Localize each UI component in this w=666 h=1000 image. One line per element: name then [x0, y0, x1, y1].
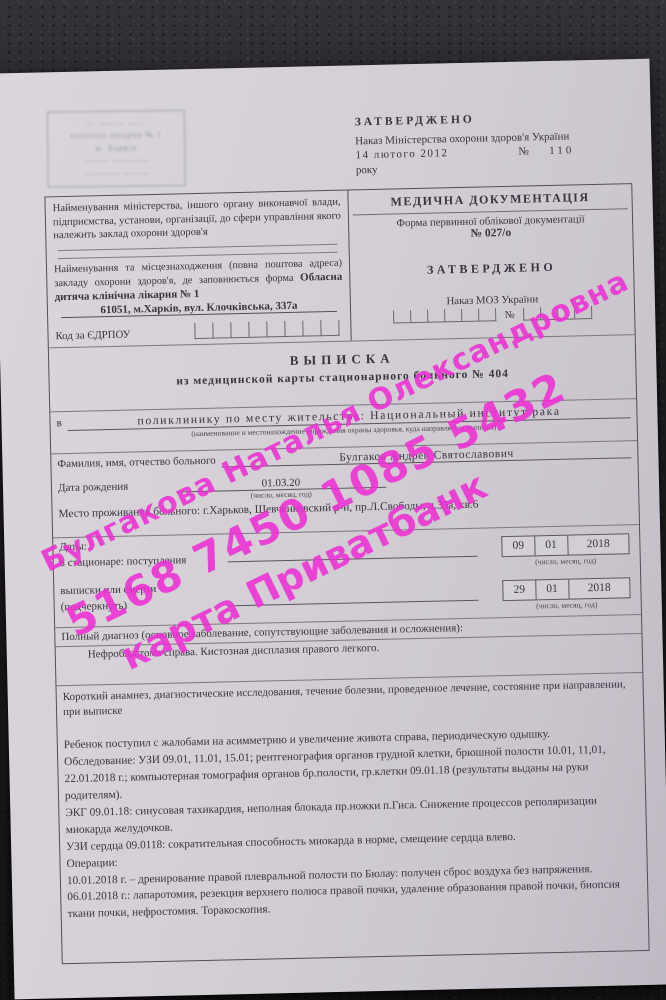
hospital-stamp: — ——— —— клінічна лікарня № 1 м. Харків …: [47, 110, 186, 188]
edrpou-row: Код за ЄДРПОУ: [55, 319, 343, 342]
admission-month: 01: [534, 536, 567, 556]
form-table: Найменування міністерства, іншого органу…: [44, 183, 649, 964]
patient-address: Место проживания больного: г.Харьков, Ше…: [58, 495, 632, 520]
patient-name: Булгаков Андрей Святославович: [339, 448, 514, 464]
discharge-date-box: 29 01 2018: [502, 577, 630, 601]
order-date-boxes: [394, 308, 497, 323]
edrpou-label: Код за ЄДРПОУ: [55, 328, 130, 342]
edrpou-code-boxes: [194, 320, 339, 339]
order-no-label: №: [505, 310, 515, 321]
ministry-caption: Найменування міністерства, іншого органу…: [53, 196, 342, 243]
discharge-date-group: 29 01 2018 (число, месяц, год): [502, 577, 631, 611]
approval-date: 14 лютого 2012: [355, 147, 448, 164]
documentation-cell: МЕДИЧНА ДОКУМЕНТАЦІЯ Форма первинної обл…: [348, 184, 634, 340]
dates-row: Даты: в стационаре: поступления выписки …: [53, 524, 641, 627]
facility-caption-text: Найменування та місцезнаходження (повна …: [54, 257, 342, 289]
approved-label: ЗАТВЕРДЖЕНО: [354, 258, 629, 279]
record-number: 404: [489, 368, 510, 380]
admission-day: 09: [502, 536, 534, 556]
header-row: Найменування міністерства, іншого органу…: [45, 184, 634, 347]
discharge-day: 29: [503, 580, 535, 600]
patient-name-label: Фамилия, имя, отчество больного: [57, 455, 215, 471]
med-doc-title: МЕДИЧНА ДОКУМЕНТАЦІЯ: [352, 186, 627, 215]
discharge-year: 2018: [568, 578, 630, 598]
admission-date-group: 09 01 2018 (число, месяц, год): [501, 533, 630, 567]
approval-block: ЗАТВЕРДЖЕНО Наказ Міністерства охорони з…: [355, 109, 636, 178]
discharge-month: 01: [535, 580, 568, 600]
approval-number: 110: [549, 145, 574, 158]
admission-date-box: 09 01 2018: [501, 533, 629, 557]
extract-subtitle: из медицинской карты стационарного больн…: [176, 368, 485, 387]
facility-caption: Найменування та місцезнаходження (повна …: [54, 256, 343, 305]
order-number-boxes: [523, 306, 592, 321]
discharge-date-caption: (число, месяц, год): [503, 599, 631, 611]
admission-year: 2018: [567, 534, 629, 554]
organization-cell: Найменування міністерства, іншого органу…: [45, 191, 351, 348]
stamp-line: ———— ———: [49, 167, 185, 181]
anamnesis-body: Ребенок поступил с жалобами на асимметри…: [58, 718, 649, 963]
document-page: — ——— —— клінічна лікарня № 1 м. Харків …: [0, 59, 666, 1000]
dob-label: Дата рождения: [58, 480, 176, 495]
discharge-label2: (подчеркнуть): [61, 597, 229, 613]
approval-no-label: №: [518, 146, 532, 158]
photo-of-medical-document: { "colors": { "watermark": "#ee2fd4", "p…: [0, 0, 666, 1000]
direction-prefix: в: [56, 417, 61, 429]
anamnesis-label: Короткий анамнез, диагностические исслед…: [63, 677, 638, 720]
